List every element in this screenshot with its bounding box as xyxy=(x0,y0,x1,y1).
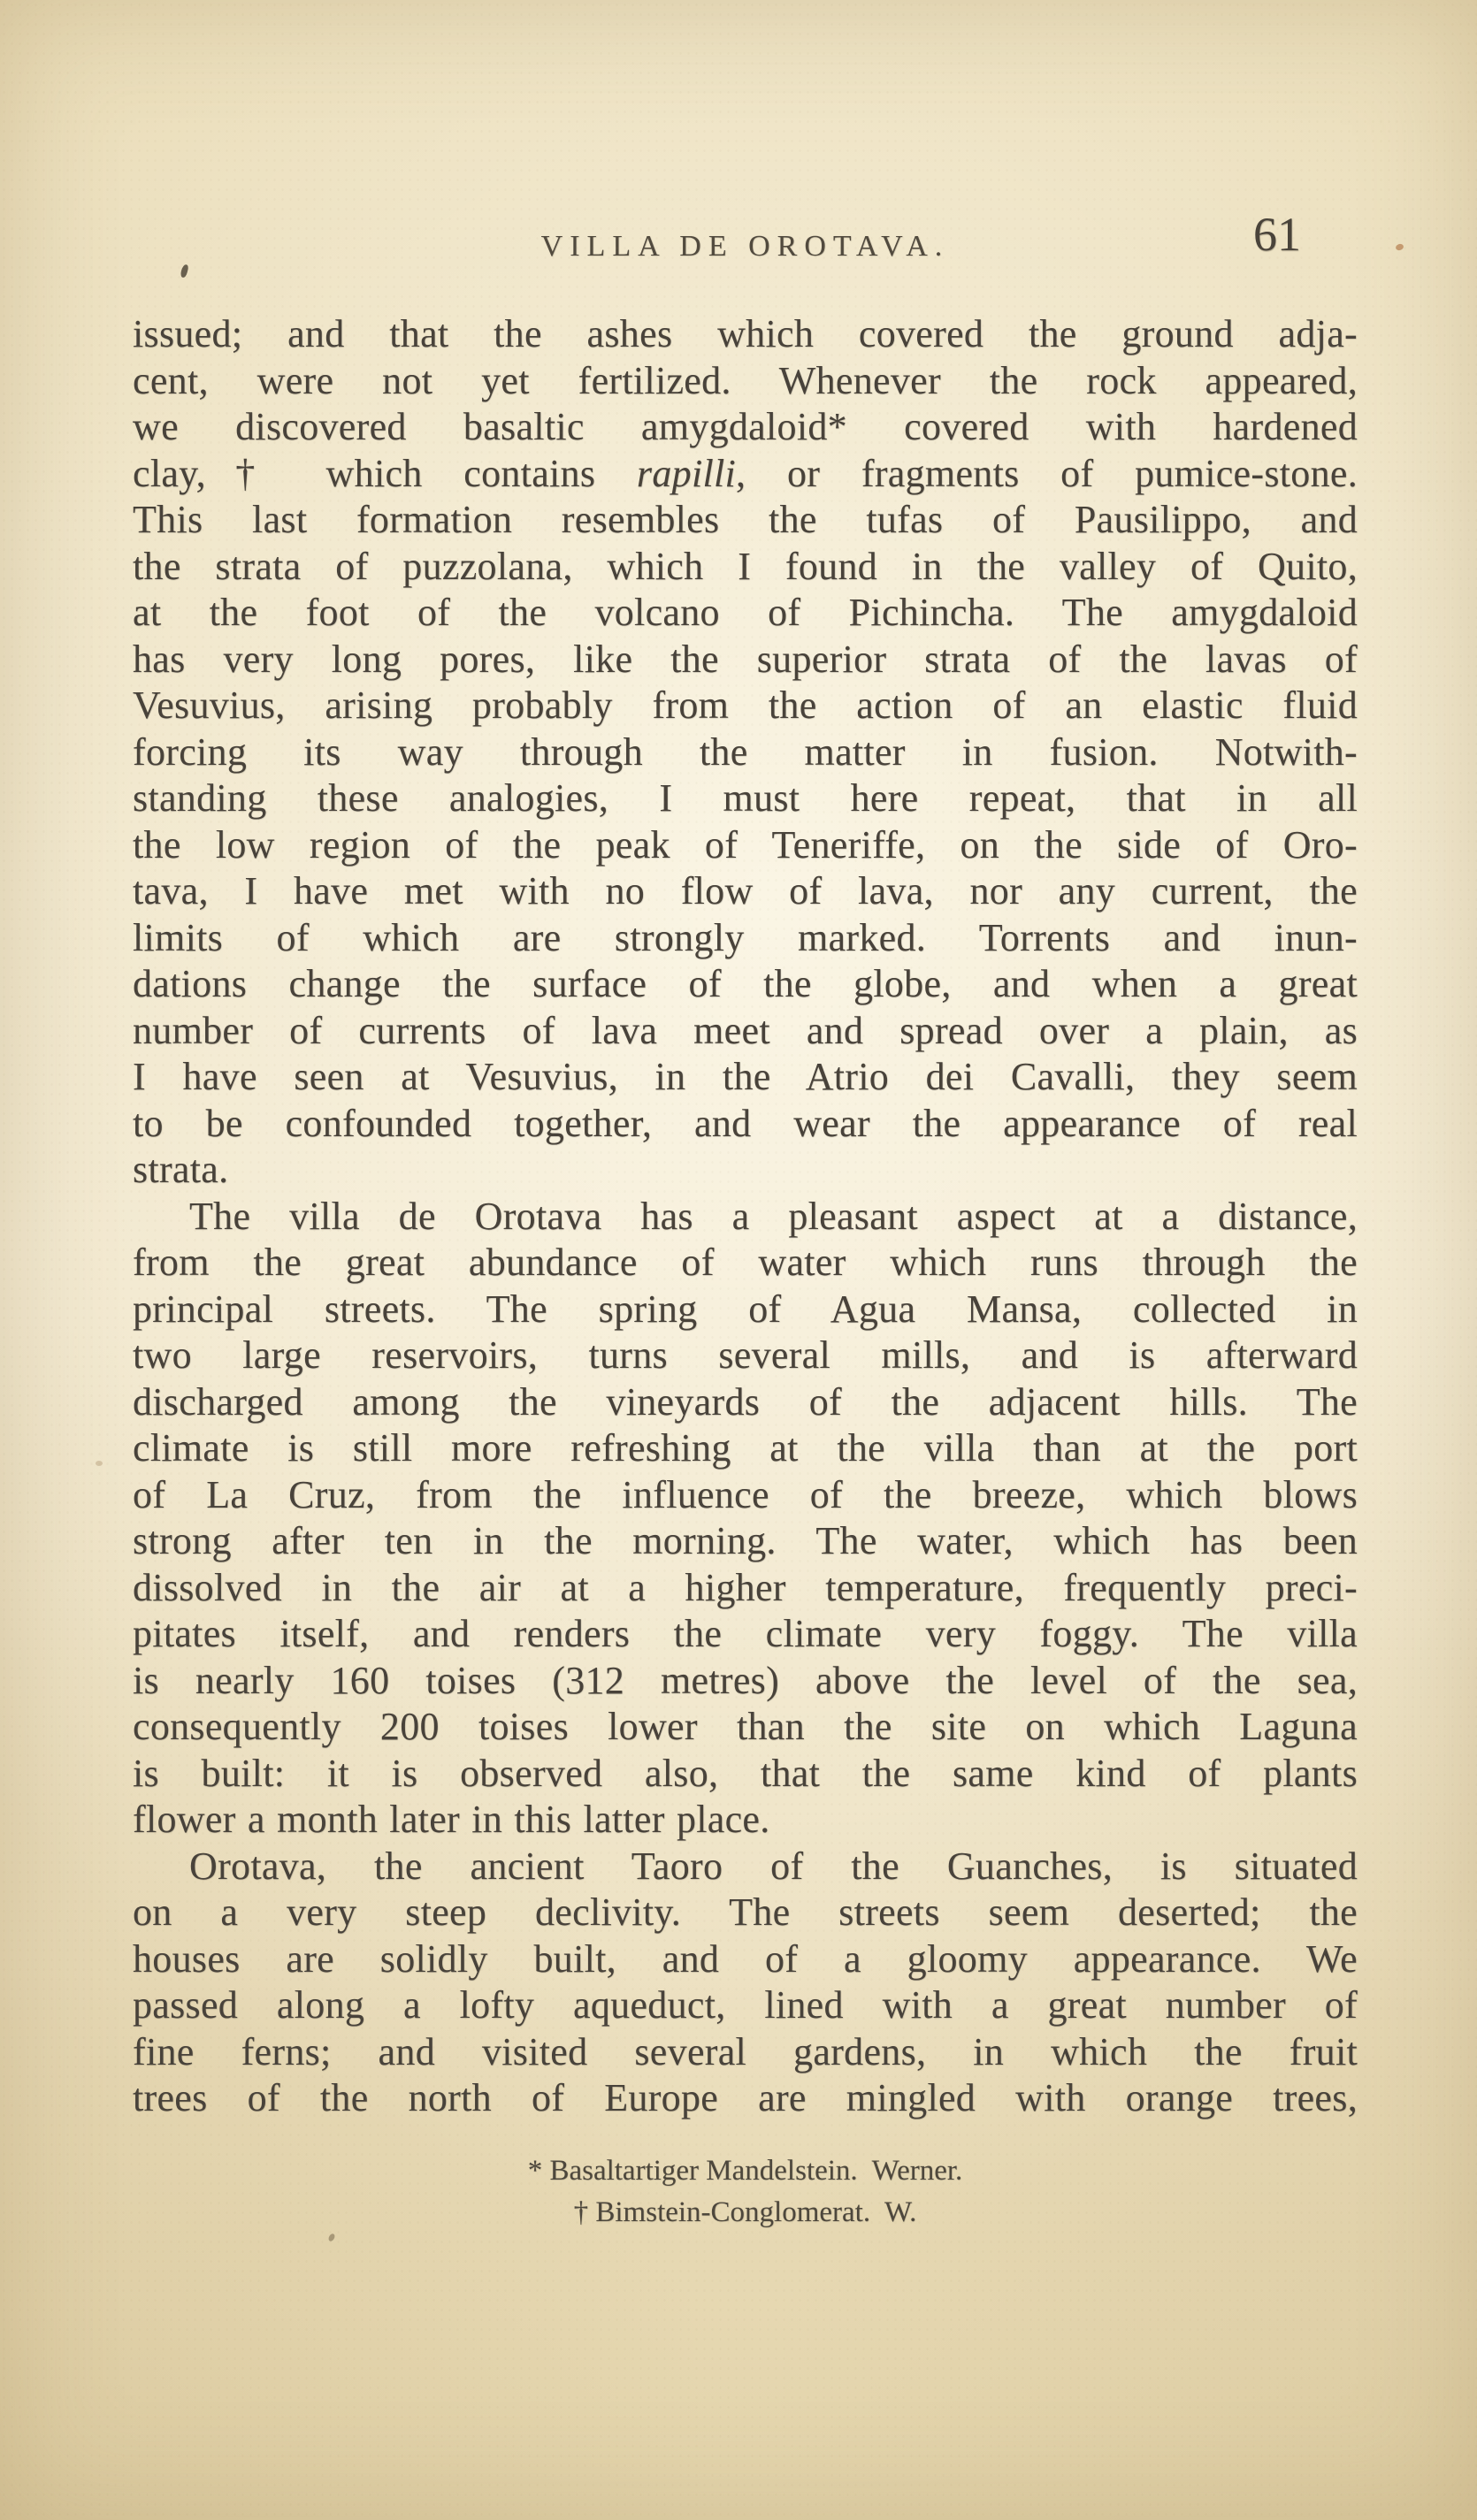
text-line: of La Cruz, from the influence of the br… xyxy=(133,1472,1358,1519)
text-segment: dations change the surface of the globe,… xyxy=(133,962,1358,1005)
text-line: pitates itself, and renders the climate … xyxy=(133,1611,1358,1658)
text-line: trees of the north of Europe are mingled… xyxy=(133,2075,1358,2122)
text-line: tava, I have met with no flow of lava, n… xyxy=(133,868,1358,915)
text-segment: cent, were not yet fertilized. Whenever … xyxy=(133,359,1358,402)
text-segment: forcing its way through the matter in fu… xyxy=(133,730,1358,774)
text-segment: on a very steep declivity. The streets s… xyxy=(133,1890,1358,1934)
text-line: on a very steep declivity. The streets s… xyxy=(133,1890,1358,1936)
footnote: * Basaltartiger Mandelstein. Werner. xyxy=(133,2150,1358,2192)
text-segment: trees of the north of Europe are mingled… xyxy=(133,2076,1358,2119)
text-segment: flower a month later in this latter plac… xyxy=(133,1798,770,1841)
text-segment: of La Cruz, from the influence of the br… xyxy=(133,1473,1358,1516)
text-segment: , or fragments of pumice-stone. xyxy=(736,452,1358,495)
text-line: flower a month later in this latter plac… xyxy=(133,1797,1358,1844)
text-line: cent, were not yet fertilized. Whenever … xyxy=(133,358,1358,405)
text-segment: two large reservoirs, turns several mill… xyxy=(133,1333,1358,1377)
text-segment: strata. xyxy=(133,1148,228,1191)
text-segment: issued; and that the ashes which covered… xyxy=(133,312,1358,355)
text-line: at the foot of the volcano of Pichincha.… xyxy=(133,590,1358,637)
footnote: † Bimstein-Conglomerat. W. xyxy=(133,2192,1358,2234)
text-line: has very long pores, like the superior s… xyxy=(133,637,1358,683)
text-segment: number of currents of lava meet and spre… xyxy=(133,1009,1358,1052)
text-line: strong after ten in the morning. The wat… xyxy=(133,1518,1358,1565)
text-line: fine ferns; and visited several gardens,… xyxy=(133,2029,1358,2076)
text-segment: passed along a lofty aqueduct, lined wit… xyxy=(133,1983,1358,2027)
text-line: consequently 200 toises lower than the s… xyxy=(133,1704,1358,1751)
text-segment: the strata of puzzolana, which I found i… xyxy=(133,545,1358,588)
paragraph: Orotava, the ancient Taoro of the Guanch… xyxy=(133,1844,1358,2122)
text-segment: standing these analogies, I must here re… xyxy=(133,776,1358,820)
page-header: VILLA DE OROTAVA. 61 xyxy=(133,223,1358,279)
text-line: clay,† which contains rapilli, or fragme… xyxy=(133,451,1358,498)
text-line: houses are solidly built, and of a gloom… xyxy=(133,1936,1358,1983)
text-line: discharged among the vineyards of the ad… xyxy=(133,1379,1358,1426)
text-line: we discovered basaltic amygdaloid* cover… xyxy=(133,404,1358,451)
text-segment: consequently 200 toises lower than the s… xyxy=(133,1705,1358,1748)
text-segment: pitates itself, and renders the climate … xyxy=(133,1612,1358,1655)
text-line: the low region of the peak of Teneriffe,… xyxy=(133,822,1358,869)
text-line: issued; and that the ashes which covered… xyxy=(133,311,1358,358)
text-segment: The villa de Orotava has a pleasant aspe… xyxy=(189,1195,1358,1238)
text-line: This last formation resembles the tufas … xyxy=(133,497,1358,544)
text-segment: clay,† which contains xyxy=(133,452,637,495)
text-segment: we discovered basaltic amygdaloid* cover… xyxy=(133,405,1358,448)
text-line: limits of which are strongly marked. Tor… xyxy=(133,915,1358,962)
text-segment: houses are solidly built, and of a gloom… xyxy=(133,1937,1358,1981)
text-segment: from the great abundance of water which … xyxy=(133,1241,1358,1284)
text-line: Orotava, the ancient Taoro of the Guanch… xyxy=(133,1844,1358,1890)
text-segment: has very long pores, like the superior s… xyxy=(133,638,1358,681)
text-line: the strata of puzzolana, which I found i… xyxy=(133,544,1358,591)
text-line: two large reservoirs, turns several mill… xyxy=(133,1333,1358,1379)
text-line: to be confounded together, and wear the … xyxy=(133,1101,1358,1148)
text-segment: This last formation resembles the tufas … xyxy=(133,498,1358,541)
text-line: is nearly 160 toises (312 metres) above … xyxy=(133,1658,1358,1705)
text-segment: the low region of the peak of Teneriffe,… xyxy=(133,823,1358,867)
text-segment: to be confounded together, and wear the … xyxy=(133,1102,1358,1145)
text-segment: principal streets. The spring of Agua Ma… xyxy=(133,1287,1358,1331)
italic-term: rapilli xyxy=(637,452,736,495)
book-page: VILLA DE OROTAVA. 61 issued; and that th… xyxy=(0,0,1477,2520)
text-line: strata. xyxy=(133,1147,1358,1194)
page-number: 61 xyxy=(1253,210,1301,258)
text-line: dissolved in the air at a higher tempera… xyxy=(133,1565,1358,1612)
text-segment: dissolved in the air at a higher tempera… xyxy=(133,1566,1358,1609)
text-line: standing these analogies, I must here re… xyxy=(133,775,1358,822)
text-line: Vesuvius, arising probably from the acti… xyxy=(133,683,1358,729)
text-line: The villa de Orotava has a pleasant aspe… xyxy=(133,1194,1358,1241)
footnotes: * Basaltartiger Mandelstein. Werner.† Bi… xyxy=(133,2150,1358,2234)
scan-speck xyxy=(96,1461,103,1466)
text-line: from the great abundance of water which … xyxy=(133,1240,1358,1287)
text-segment: I have seen at Vesuvius, in the Atrio de… xyxy=(133,1055,1358,1098)
text-segment: limits of which are strongly marked. Tor… xyxy=(133,916,1358,959)
text-segment: at the foot of the volcano of Pichincha.… xyxy=(133,591,1358,634)
text-line: passed along a lofty aqueduct, lined wit… xyxy=(133,1982,1358,2029)
text-segment: is built: it is observed also, that the … xyxy=(133,1752,1358,1795)
text-segment: Orotava, the ancient Taoro of the Guanch… xyxy=(189,1844,1358,1888)
text-line: forcing its way through the matter in fu… xyxy=(133,729,1358,776)
text-segment: strong after ten in the morning. The wat… xyxy=(133,1519,1358,1562)
running-title: VILLA DE OROTAVA. xyxy=(133,230,1358,263)
text-segment: tava, I have met with no flow of lava, n… xyxy=(133,869,1358,913)
text-segment: discharged among the vineyards of the ad… xyxy=(133,1380,1358,1424)
text-segment: Vesuvius, arising probably from the acti… xyxy=(133,683,1358,727)
text-line: is built: it is observed also, that the … xyxy=(133,1751,1358,1798)
scan-speck xyxy=(1395,243,1404,252)
text-segment: fine ferns; and visited several gardens,… xyxy=(133,2030,1358,2073)
text-line: climate is still more refreshing at the … xyxy=(133,1425,1358,1472)
text-line: dations change the surface of the globe,… xyxy=(133,961,1358,1008)
scan-speck xyxy=(327,2233,336,2242)
text-line: I have seen at Vesuvius, in the Atrio de… xyxy=(133,1054,1358,1101)
text-segment: is nearly 160 toises (312 metres) above … xyxy=(133,1659,1358,1702)
paragraph: issued; and that the ashes which covered… xyxy=(133,311,1358,1194)
paragraph: The villa de Orotava has a pleasant aspe… xyxy=(133,1194,1358,1844)
body-text: issued; and that the ashes which covered… xyxy=(133,311,1358,2122)
text-line: principal streets. The spring of Agua Ma… xyxy=(133,1287,1358,1333)
text-segment: climate is still more refreshing at the … xyxy=(133,1426,1358,1470)
text-line: number of currents of lava meet and spre… xyxy=(133,1008,1358,1055)
